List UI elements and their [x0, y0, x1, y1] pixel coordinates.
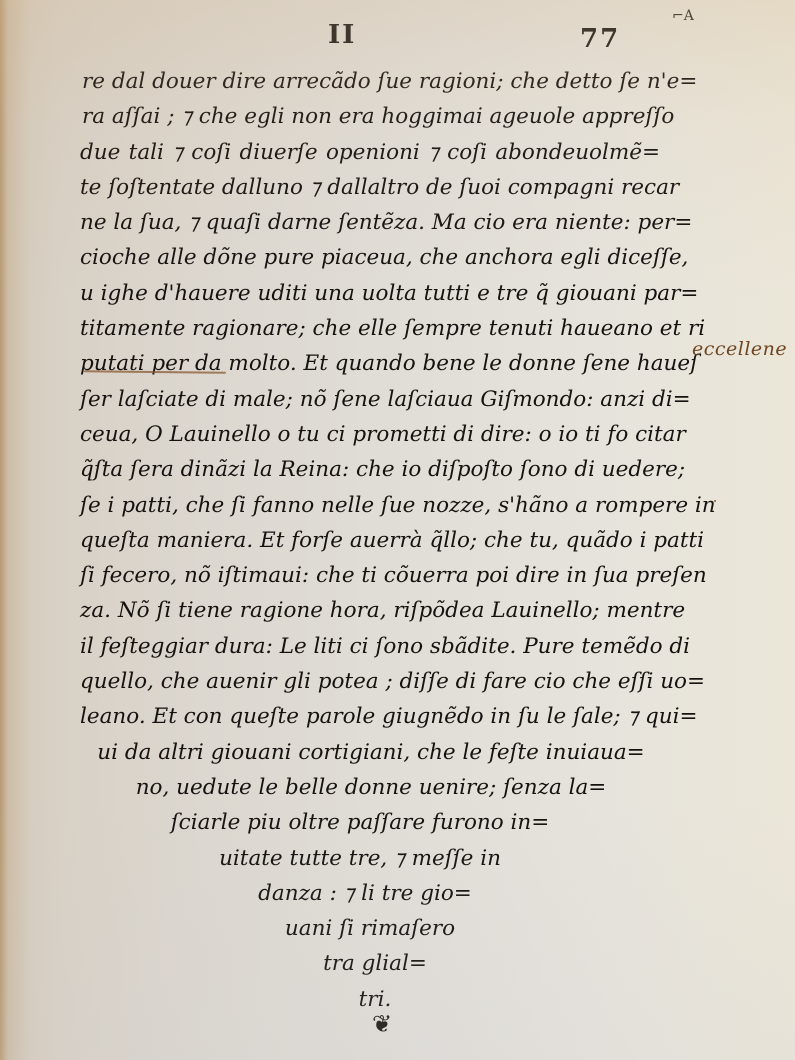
text-line-taper: no, uedute le belle donne uenire; ſenza …: [80, 770, 662, 805]
text-line-taper: ui da altri giouani cortigiani, che le f…: [80, 735, 662, 770]
text-line: u ighe d'hauere uditi una uolta tutti e …: [80, 276, 662, 311]
marginal-annotation: eccellene: [692, 338, 787, 360]
text-line: titamente ragionare; che elle ſempre ten…: [80, 311, 662, 346]
text-line: ſe i patti, che ſi fanno nelle ſue nozze…: [80, 488, 662, 523]
text-line-taper: uani ſi rimaſero: [80, 911, 660, 946]
text-line: q̃ſta ſera dinãzi la Reina: che io diſpo…: [80, 452, 662, 487]
text-line-taper: danza : ⁊ li tre gio=: [80, 876, 650, 911]
text-line: te ſoſtentate dalluno ⁊ dallaltro de ſuo…: [80, 170, 662, 205]
text-line: za. Nõ ſi tiene ragione hora, riſpõdea L…: [80, 593, 662, 628]
corner-ink-mark: ⌐A: [672, 8, 694, 24]
fleuron-ornament-icon: ❦: [364, 1010, 400, 1038]
ink-dot: [714, 500, 716, 502]
text-line-taper: tra glial=: [80, 946, 670, 981]
text-line: queſta maniera. Et forſe auerrà q̃llo; c…: [80, 523, 662, 558]
text-line-taper: ſciarle piu oltre paſſare furono in=: [80, 805, 640, 840]
text-line: ceua, O Lauinello o tu ci prometti di di…: [80, 417, 662, 452]
text-line: due tali ⁊ coſi diuerſe openioni ⁊ coſi …: [80, 135, 660, 170]
page-header: II 77 ⌐A: [0, 18, 795, 58]
book-page: II 77 ⌐A re dal douer dire arrecãdo ſue …: [0, 0, 795, 1060]
text-line: leano. Et con queſte parole giugnẽdo in …: [80, 699, 662, 734]
text-line: ra aſſai ; ⁊ che egli non era hoggimai a…: [80, 99, 658, 134]
text-line: ſi fecero, nõ iſtimaui: che ti cõuerra p…: [80, 558, 662, 593]
text-line: ne la ſua, ⁊ quaſi darne ſentẽza. Ma cio…: [80, 205, 662, 240]
text-line: re dal douer dire arrecãdo ſue ragioni; …: [80, 64, 658, 99]
text-line: quello, che auenir gli potea ; diſſe di …: [80, 664, 662, 699]
page-number: 77: [580, 24, 620, 54]
signature-mark: II: [328, 20, 356, 50]
text-line: il feſteggiar dura: Le liti ci ſono sbãd…: [80, 629, 662, 664]
text-line: ſer laſciate di male; nõ ſene laſciaua G…: [80, 382, 662, 417]
text-line: cioche alle dõne pure piaceua, che ancho…: [80, 240, 662, 275]
text-line-taper: uitate tutte tre, ⁊ meſſe in: [80, 841, 640, 876]
text-line: putati per da molto. Et quando bene le d…: [80, 346, 662, 381]
body-text: re dal douer dire arrecãdo ſue ragioni; …: [80, 64, 680, 1017]
